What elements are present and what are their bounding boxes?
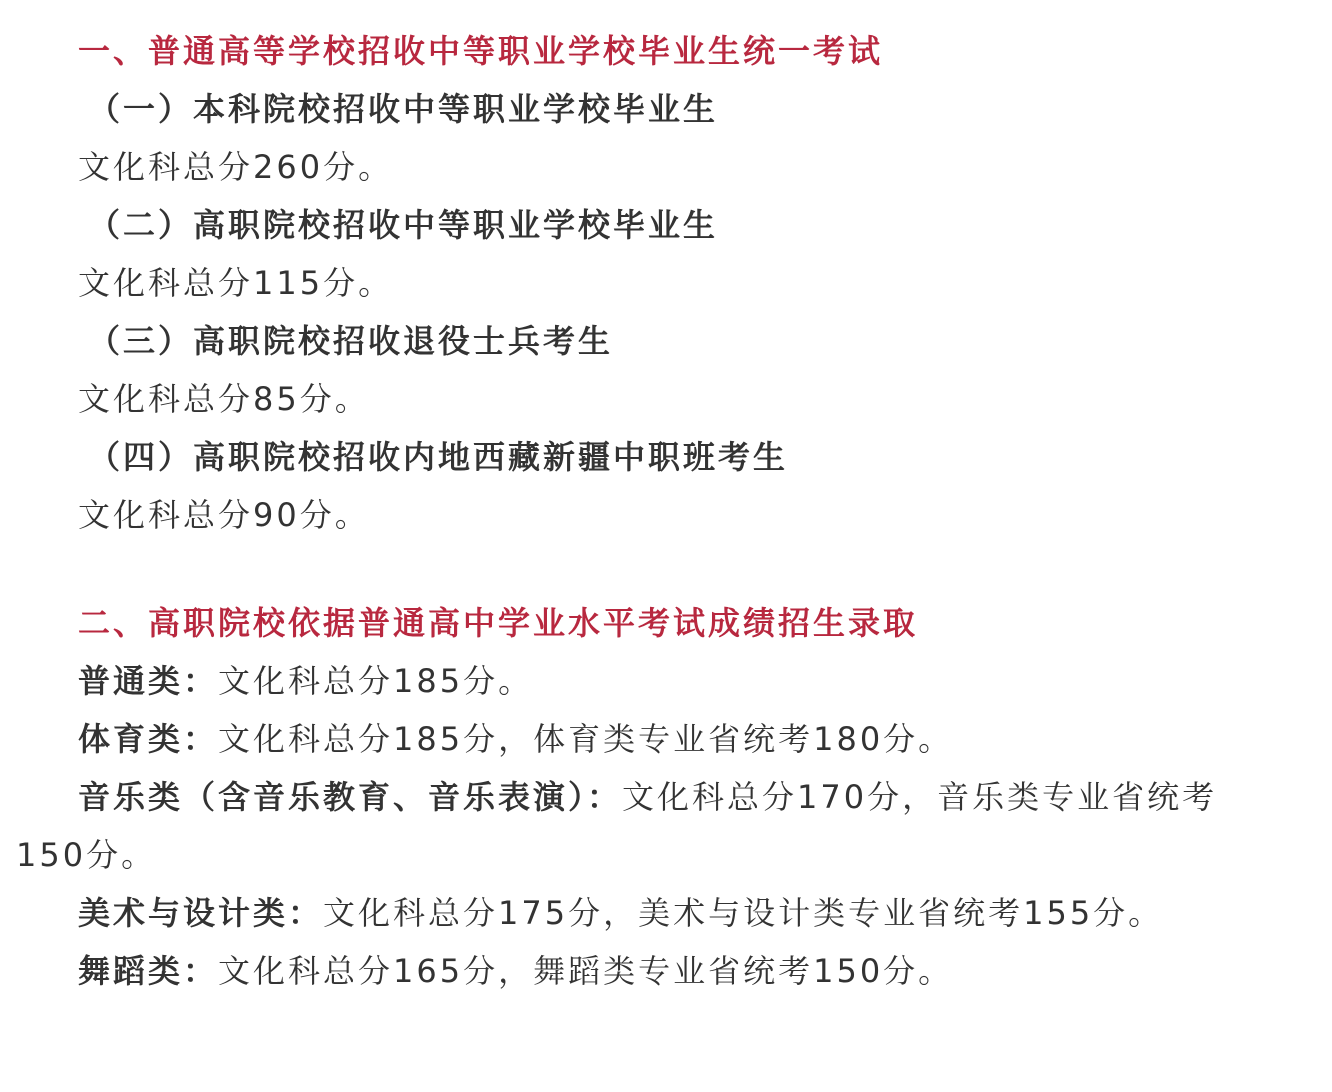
- section1-item2-heading: （二）高职院校招收中等职业学校毕业生: [88, 205, 718, 245]
- item-label: 体育类：: [78, 720, 218, 758]
- section2-item-music-continuation: 150分。: [16, 835, 156, 875]
- section2-item-music: 音乐类（含音乐教育、音乐表演）：文化科总分170分，音乐类专业省统考: [78, 777, 1217, 817]
- section1-item4-score: 文化科总分90分。: [78, 495, 370, 535]
- section1-title: 一、普通高等学校招收中等职业学校毕业生统一考试: [78, 31, 883, 71]
- item-label: 舞蹈类：: [78, 952, 218, 990]
- item-text: 文化科总分175分，美术与设计类专业省统考155分。: [323, 894, 1163, 932]
- item-label: 音乐类（含音乐教育、音乐表演）：: [78, 778, 622, 816]
- section1-item4-heading: （四）高职院校招收内地西藏新疆中职班考生: [88, 437, 788, 477]
- section1-item2-score: 文化科总分115分。: [78, 263, 393, 303]
- item-label: 美术与设计类：: [78, 894, 323, 932]
- section2-title: 二、高职院校依据普通高中学业水平考试成绩招生录取: [78, 603, 918, 643]
- section1-item3-score: 文化科总分85分。: [78, 379, 370, 419]
- item-label: 普通类：: [78, 662, 218, 700]
- section2-item-sports: 体育类：文化科总分185分，体育类专业省统考180分。: [78, 719, 953, 759]
- item-text: 文化科总分185分。: [218, 662, 533, 700]
- section1-item3-heading: （三）高职院校招收退役士兵考生: [88, 321, 613, 361]
- section1-item1-score: 文化科总分260分。: [78, 147, 393, 187]
- item-text: 文化科总分165分，舞蹈类专业省统考150分。: [218, 952, 953, 990]
- item-text: 文化科总分185分，体育类专业省统考180分。: [218, 720, 953, 758]
- section2-item-art: 美术与设计类：文化科总分175分，美术与设计类专业省统考155分。: [78, 893, 1163, 933]
- section2-item-general: 普通类：文化科总分185分。: [78, 661, 533, 701]
- item-text: 文化科总分170分，音乐类专业省统考: [622, 778, 1217, 816]
- section1-item1-heading: （一）本科院校招收中等职业学校毕业生: [88, 89, 718, 129]
- section2-item-dance: 舞蹈类：文化科总分165分，舞蹈类专业省统考150分。: [78, 951, 953, 991]
